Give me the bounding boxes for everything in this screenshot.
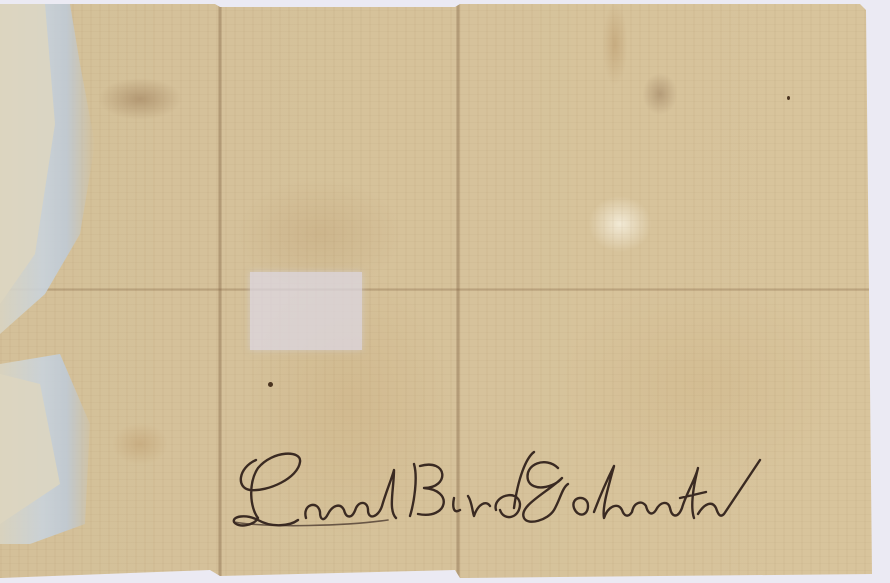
horizontal-fold xyxy=(0,288,884,291)
repair-patch xyxy=(250,272,362,350)
vertical-fold-left xyxy=(218,4,222,578)
ink-spot xyxy=(268,382,273,387)
photo-background: David Bird Goheath xyxy=(0,0,890,583)
ink-spot xyxy=(787,96,790,100)
handwritten-signature: David Bird Goheath xyxy=(228,448,768,538)
